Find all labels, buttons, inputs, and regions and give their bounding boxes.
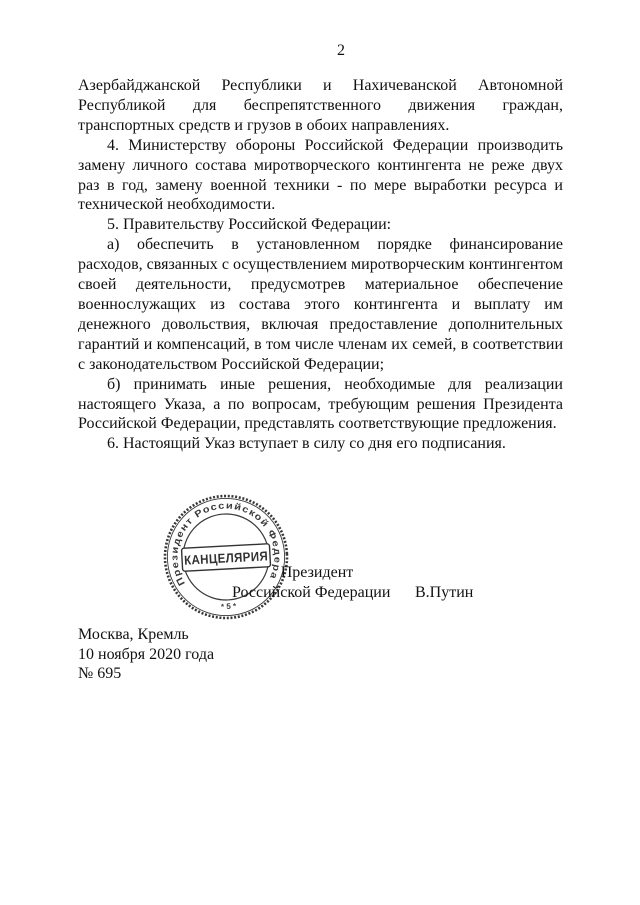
paragraph: б) принимать иные решения, необходимые д… xyxy=(78,375,563,435)
paragraph: Азербайджанской Республики и Нахичеванск… xyxy=(78,76,563,136)
footer-number: № 695 xyxy=(78,664,214,684)
signature-title: Президент Российской Федерации xyxy=(232,563,402,603)
signature-title-line1: Президент xyxy=(232,563,402,583)
signature-title-line2: Российской Федерации xyxy=(232,583,402,603)
document-page: 2 Азербайджанской Республики и Нахичеван… xyxy=(0,0,640,905)
paragraph: а) обеспечить в установленном порядке фи… xyxy=(78,235,563,374)
paragraph: 5. Правительству Российской Федерации: xyxy=(78,215,563,235)
decree-body: Азербайджанской Республики и Нахичеванск… xyxy=(78,76,563,454)
paragraph: 4. Министерству обороны Российской Федер… xyxy=(78,136,563,216)
footer-date: 10 ноября 2020 года xyxy=(78,645,214,665)
footer-block: Москва, Кремль 10 ноября 2020 года № 695 xyxy=(78,625,214,684)
page-number: 2 xyxy=(43,41,639,60)
paragraph: 6. Настоящий Указ вступает в силу со дня… xyxy=(78,434,563,454)
footer-place: Москва, Кремль xyxy=(78,625,214,645)
stamp-seal-graphic: Президент Российской Федерации * 5 * КАН… xyxy=(158,489,295,626)
signature-name: В.Путин xyxy=(415,583,473,603)
chancellery-stamp-seal: Президент Российской Федерации * 5 * КАН… xyxy=(158,489,295,626)
